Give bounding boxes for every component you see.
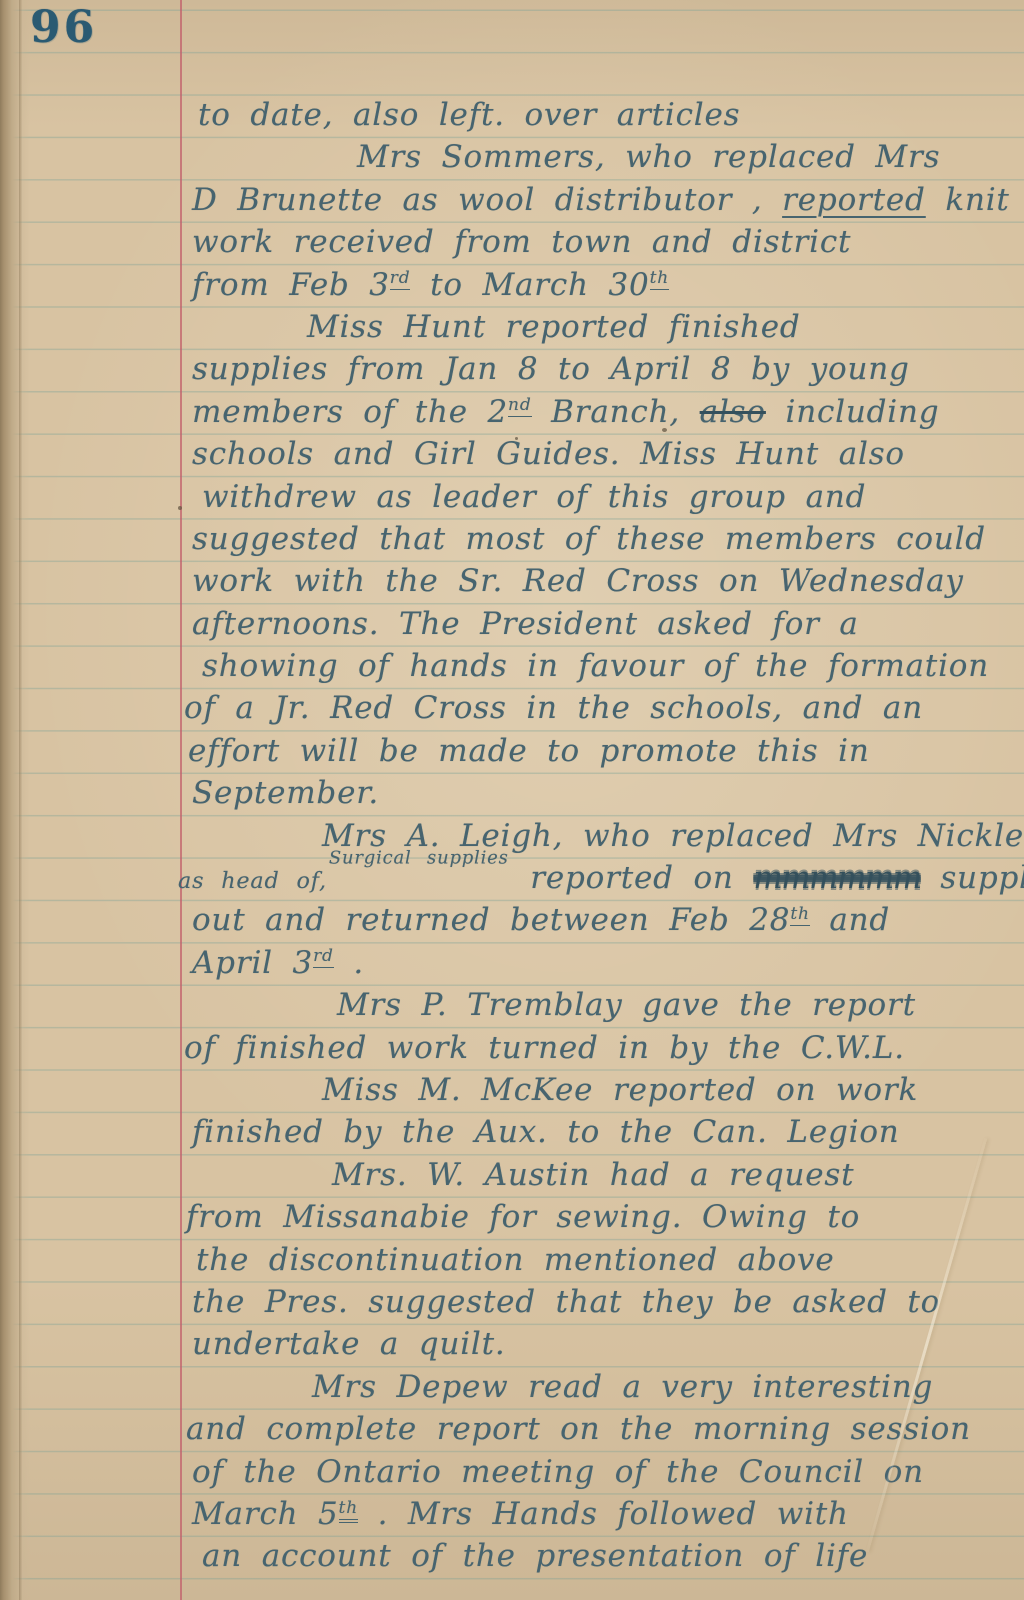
text-segment: mmmmmm	[753, 860, 920, 896]
text-segment: suggested that most of these members cou…	[192, 521, 986, 557]
text-segment: from Feb 3	[192, 267, 390, 303]
text-segment: and complete report on the morning sessi…	[186, 1411, 971, 1447]
text-segment: of a Jr. Red Cross in the schools, and a…	[184, 690, 923, 726]
text-segment: of finished work turned in by the C.W.L.	[184, 1030, 905, 1066]
text-segment: the discontinuation mentioned above	[196, 1242, 835, 1278]
handwriting-line: of a Jr. Red Cross in the schools, and a…	[184, 687, 1018, 729]
text-segment: Mrs Depew read a very interesting	[312, 1369, 933, 1405]
text-segment: Miss M. McKee reported on work	[322, 1072, 918, 1108]
text-segment: an account of the presentation of life	[202, 1538, 868, 1574]
handwriting-line: March 5th . Mrs Hands followed with	[192, 1493, 1018, 1535]
text-segment: September.	[192, 775, 379, 811]
text-segment: work received from town and district	[192, 224, 851, 260]
handwriting-line: Miss M. McKee reported on work	[322, 1069, 1018, 1111]
handwriting-line: from Feb 3rd to March 30th	[192, 264, 1018, 306]
handwriting-lines: to date, also left. over articlesMrs Som…	[192, 94, 1018, 1578]
text-segment: withdrew as leader of this group and	[202, 479, 866, 515]
notebook-page: 96 to date, also left. over articlesMrs …	[0, 0, 1024, 1600]
text-segment: showing of hands in favour of the format…	[202, 648, 989, 684]
text-segment: th	[790, 904, 809, 926]
text-segment: undertake a quilt.	[192, 1326, 506, 1362]
inserted-annotation: Surgical supplies	[329, 850, 509, 868]
text-segment: . Mrs Hands followed with	[358, 1496, 849, 1532]
text-segment: to March 30	[410, 267, 649, 303]
text-segment: th	[339, 1498, 358, 1523]
page-number: 96	[30, 2, 97, 53]
text-segment: to date, also left. over articles	[198, 97, 740, 133]
binding-edge	[0, 0, 30, 1600]
handwriting-line: out and returned between Feb 28th and	[192, 899, 1018, 941]
text-segment: supplies from Jan 8 to April 8 by young	[192, 351, 910, 387]
text-segment: Mrs Sommers, who replaced Mrs	[357, 139, 940, 175]
handwriting-line: withdrew as leader of this group and	[202, 476, 1018, 518]
handwriting-line: April 3rd .	[192, 942, 1018, 984]
handwriting-line: the discontinuation mentioned above	[196, 1239, 1018, 1281]
handwriting-line: members of the 2nd Branch, also includin…	[192, 391, 1018, 433]
handwriting-line: afternoons. The President asked for a	[192, 603, 1018, 645]
text-segment: Branch,	[532, 394, 700, 430]
handwriting-line: showing of hands in favour of the format…	[202, 645, 1018, 687]
handwriting-line: to date, also left. over articles	[198, 94, 1018, 136]
handwriting-line: suggested that most of these members cou…	[192, 518, 1018, 560]
handwriting-line: September.	[192, 772, 1018, 814]
handwriting-line: Mrs P. Tremblay gave the report	[337, 984, 1018, 1026]
text-segment: reported	[782, 182, 926, 218]
text-segment: work with the Sr. Red Cross on Wednesday	[192, 563, 964, 599]
text-segment: April 3	[192, 945, 313, 981]
handwriting-line: as head of,Surgical supplies reported on…	[178, 857, 1018, 899]
handwriting-line: of finished work turned in by the C.W.L.	[184, 1027, 1018, 1069]
text-segment: afternoons. The President asked for a	[192, 606, 859, 642]
text-segment: Mrs P. Tremblay gave the report	[337, 987, 916, 1023]
binding-crease	[19, 0, 22, 1600]
text-segment: March 5	[192, 1496, 339, 1532]
paper-speck	[662, 428, 667, 432]
handwriting-line: D Brunette as wool distributor , reporte…	[192, 179, 1018, 221]
text-segment: schools and Girl Guides. Miss Hunt also	[192, 436, 905, 472]
handwriting-line: undertake a quilt.	[192, 1323, 1018, 1365]
handwriting-line: supplies from Jan 8 to April 8 by young	[192, 348, 1018, 390]
handwriting-line: work received from town and district	[192, 221, 1018, 263]
handwriting-line: Mrs Sommers, who replaced Mrs	[357, 136, 1018, 178]
text-segment: .	[334, 945, 364, 981]
text-segment: members of the 2	[192, 394, 508, 430]
handwriting-line: Mrs. W. Austin had a request	[332, 1154, 1018, 1196]
text-segment: rd	[313, 946, 334, 968]
text-segment: from Missanabie for sewing. Owing to	[186, 1199, 860, 1235]
handwriting-line: work with the Sr. Red Cross on Wednesday	[192, 560, 1018, 602]
text-segment: of the Ontario meeting of the Council on	[192, 1454, 924, 1490]
text-segment: as head of,	[178, 868, 327, 894]
handwriting-line: Miss Hunt reported finished	[307, 306, 1018, 348]
paper-speck	[178, 506, 182, 510]
text-segment: reported on	[511, 860, 754, 896]
handwriting-line: the Pres. suggested that they be asked t…	[192, 1281, 1018, 1323]
text-segment: Mrs. W. Austin had a request	[332, 1157, 854, 1193]
handwriting-line: and complete report on the morning sessi…	[186, 1408, 1018, 1450]
text-segment: finished by the Aux. to the Can. Legion	[192, 1114, 900, 1150]
text-segment: Miss Hunt reported finished	[307, 309, 801, 345]
text-segment: also	[700, 394, 766, 430]
handwriting-line: from Missanabie for sewing. Owing to	[186, 1196, 1018, 1238]
handwriting-line: an account of the presentation of life	[202, 1535, 1018, 1577]
text-segment: effort will be made to promote this in	[188, 733, 870, 769]
text-segment: rd	[390, 268, 411, 290]
paper-speck	[515, 437, 518, 440]
text-segment: supplies given	[921, 860, 1024, 896]
handwriting-line: finished by the Aux. to the Can. Legion	[192, 1111, 1018, 1153]
text-segment: th	[650, 268, 669, 290]
text-segment: D Brunette as wool distributor ,	[192, 182, 782, 218]
text-segment: the Pres. suggested that they be asked t…	[192, 1284, 940, 1320]
text-segment: nd	[508, 395, 531, 417]
handwriting-line: effort will be made to promote this in	[188, 730, 1018, 772]
margin-line	[180, 0, 182, 1600]
text-segment: including	[766, 394, 940, 430]
text-segment: out and returned between Feb 28	[192, 902, 790, 938]
handwriting-line: schools and Girl Guides. Miss Hunt also	[192, 433, 1018, 475]
text-segment: and	[810, 902, 890, 938]
text-segment: knit	[926, 182, 1010, 218]
